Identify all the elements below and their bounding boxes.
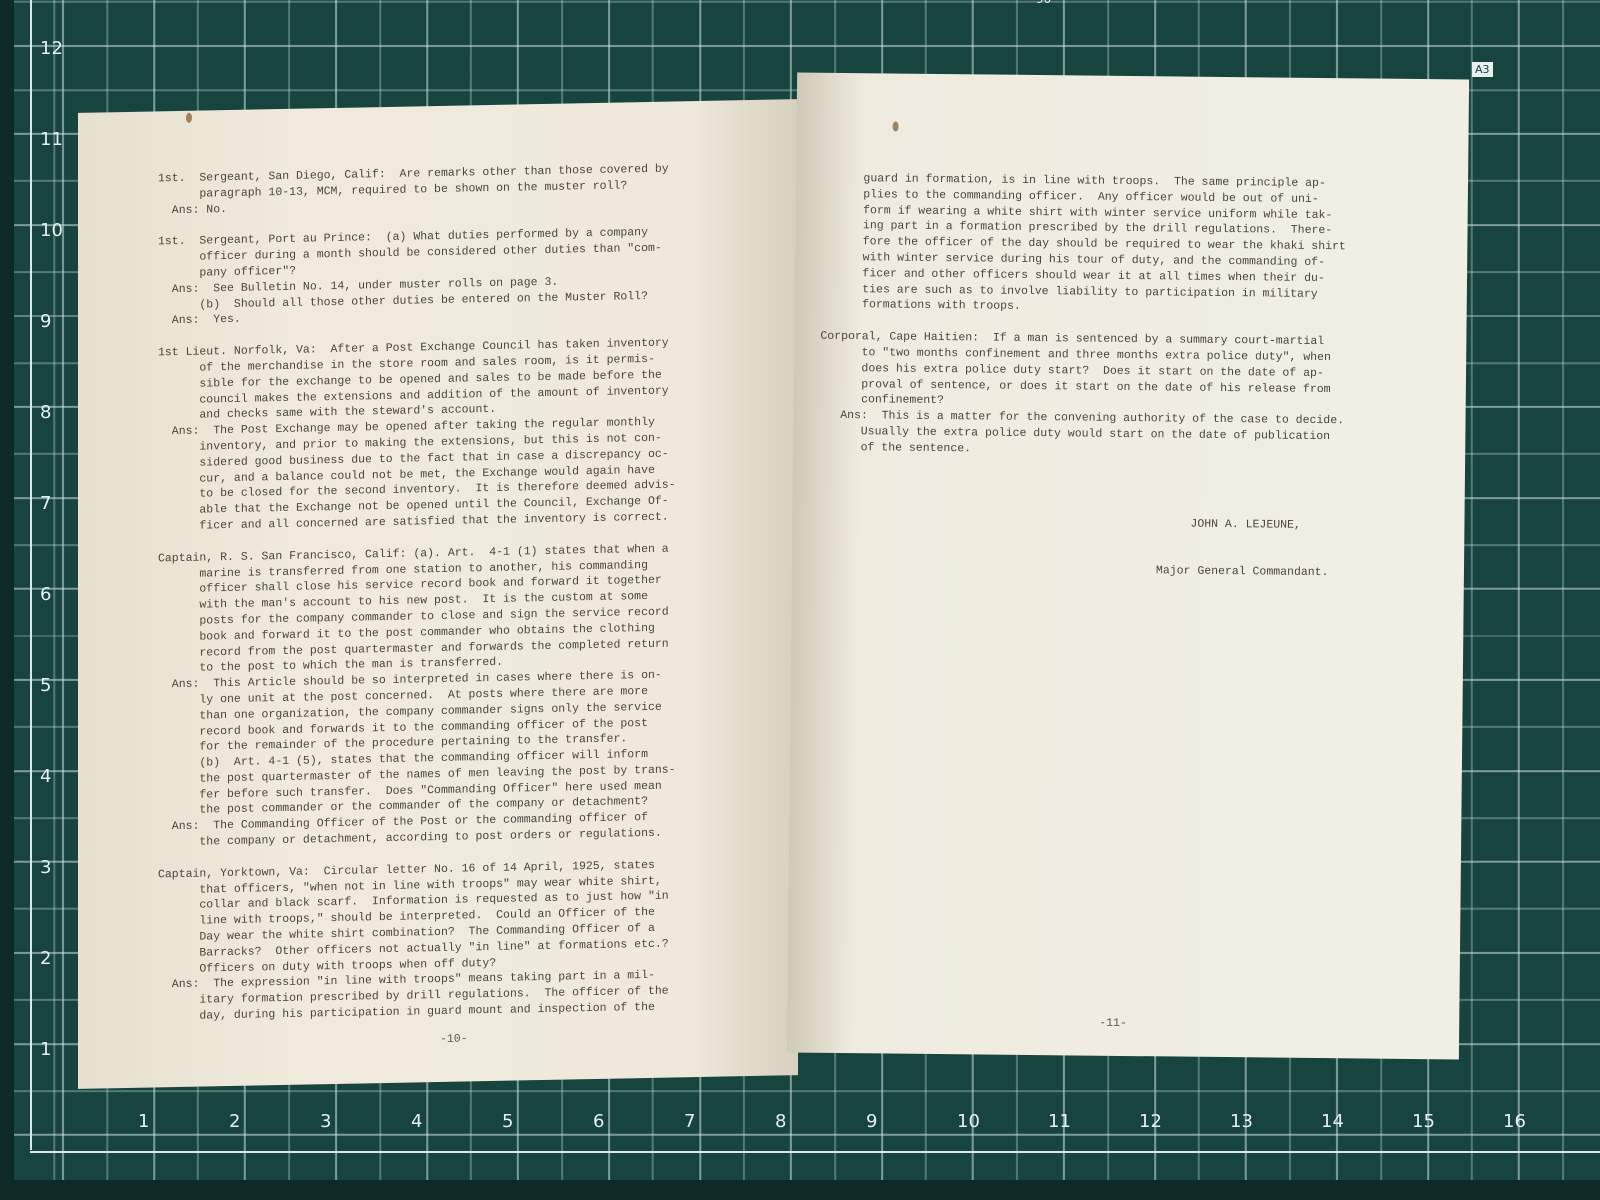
signature-title: Major General Commandant. — [1156, 563, 1329, 581]
ruler-number: 5 — [40, 675, 51, 696]
ruler-number: 12 — [1139, 1111, 1162, 1132]
ruler-number: 11 — [40, 129, 63, 150]
signature-block: JOHN A. LEJEUNE, Major General Commandan… — [1156, 484, 1330, 612]
mat-size-label: A3 — [1472, 62, 1493, 77]
ruler-number: 2 — [229, 1111, 240, 1132]
qa-entry: Corporal, Cape Haitien: If a man is sent… — [819, 329, 1345, 461]
qa-entry: Captain, Yorktown, Va: Circular letter N… — [158, 857, 676, 1025]
qa-entry: 1st. Sergeant, Port au Prince: (a) What … — [158, 225, 676, 330]
ruler-number: 9 — [866, 1111, 877, 1132]
ruler-number: 2 — [40, 948, 51, 969]
ruler-number: 14 — [1321, 1111, 1344, 1132]
ruler-number: 6 — [40, 584, 51, 605]
bottom-ruler: 12345678910111213141516 — [30, 1133, 1600, 1153]
left-page: 1st. Sergeant, San Diego, Calif: Are rem… — [78, 99, 798, 1089]
ruler-number: 12 — [40, 38, 63, 59]
staple-stain — [186, 113, 192, 123]
qa-entry: 1st Lieut. Norfolk, Va: After a Post Exc… — [158, 336, 676, 536]
ruler-number: 13 — [1230, 1111, 1253, 1132]
ruler-number: 10 — [40, 220, 63, 241]
ruler-number: 15 — [1412, 1111, 1435, 1132]
page-number: -11- — [1099, 1016, 1127, 1032]
ruler-number: 8 — [40, 402, 51, 423]
qa-entry: Captain, R. S. San Francisco, Calif: (a)… — [158, 541, 676, 851]
ruler-number: 10 — [957, 1111, 980, 1132]
ruler-number: 4 — [40, 766, 51, 787]
ruler-number: 4 — [411, 1111, 422, 1132]
page-number: -10- — [440, 1031, 468, 1047]
ruler-number: 1 — [40, 1039, 51, 1060]
angle-label: 90° — [1036, 0, 1057, 6]
ruler-number: 7 — [40, 493, 51, 514]
ruler-number: 9 — [40, 311, 51, 332]
ruler-number: 3 — [320, 1111, 331, 1132]
ruler-number: 16 — [1503, 1111, 1526, 1132]
ruler-number: 11 — [1048, 1111, 1071, 1132]
ruler-number: 5 — [502, 1111, 513, 1132]
right-page-text: guard in formation, is in line with troo… — [819, 171, 1347, 477]
qa-entry: guard in formation, is in line with troo… — [821, 171, 1347, 319]
qa-entry: 1st. Sergeant, San Diego, Calif: Are rem… — [158, 161, 676, 218]
ruler-number: 3 — [40, 857, 51, 878]
left-page-text: 1st. Sergeant, San Diego, Calif: Are rem… — [158, 161, 676, 1041]
ruler-number: 1 — [138, 1111, 149, 1132]
ruler-number: 7 — [684, 1111, 695, 1132]
left-ruler: 121110987654321 — [30, 0, 50, 1150]
signature-name: JOHN A. LEJEUNE, — [1156, 516, 1329, 534]
right-page: guard in formation, is in line with troo… — [787, 73, 1469, 1060]
staple-stain — [893, 122, 899, 132]
ruler-number: 8 — [775, 1111, 786, 1132]
ruler-number: 6 — [593, 1111, 604, 1132]
